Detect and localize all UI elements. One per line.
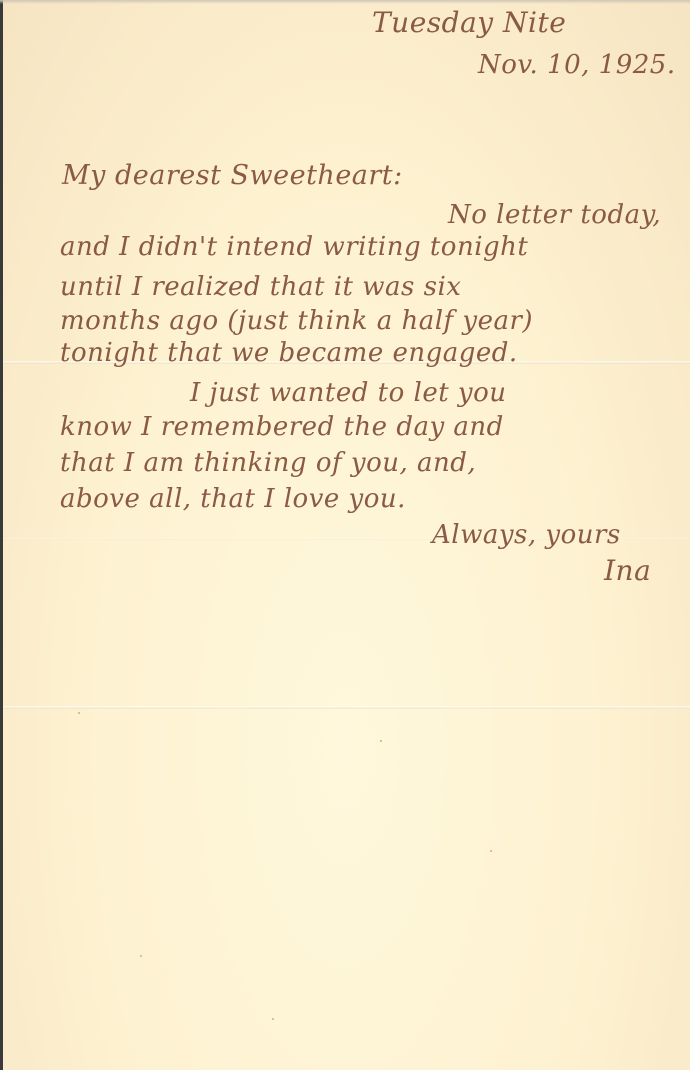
body-line: No letter today,: [448, 200, 661, 230]
salutation: My dearest Sweetheart:: [62, 160, 403, 191]
paper-speck: [380, 740, 382, 742]
paper-speck: [78, 712, 80, 714]
paper-speck: [140, 955, 142, 957]
paper-speck: [272, 1018, 274, 1020]
fold-crease-lower: [3, 706, 690, 709]
letter-day: Tuesday Nite: [372, 6, 566, 39]
signature: Ina: [604, 554, 651, 587]
body-line: know I remembered the day and: [60, 412, 504, 442]
paper-speck: [490, 850, 492, 852]
closing: Always, yours: [432, 520, 621, 550]
letter-page: Tuesday Nite Nov. 10, 1925. My dearest S…: [0, 0, 690, 1070]
body-line: and I didn't intend writing tonight: [60, 232, 528, 262]
body-line: until I realized that it was six: [60, 272, 461, 302]
body-line: I just wanted to let you: [190, 378, 507, 408]
letter-date: Nov. 10, 1925.: [478, 50, 676, 80]
body-line: tonight that we became engaged.: [60, 338, 518, 368]
body-line: months ago (just think a half year): [60, 306, 533, 336]
body-line: above all, that I love you.: [60, 484, 406, 514]
body-line: that I am thinking of you, and,: [60, 448, 476, 478]
